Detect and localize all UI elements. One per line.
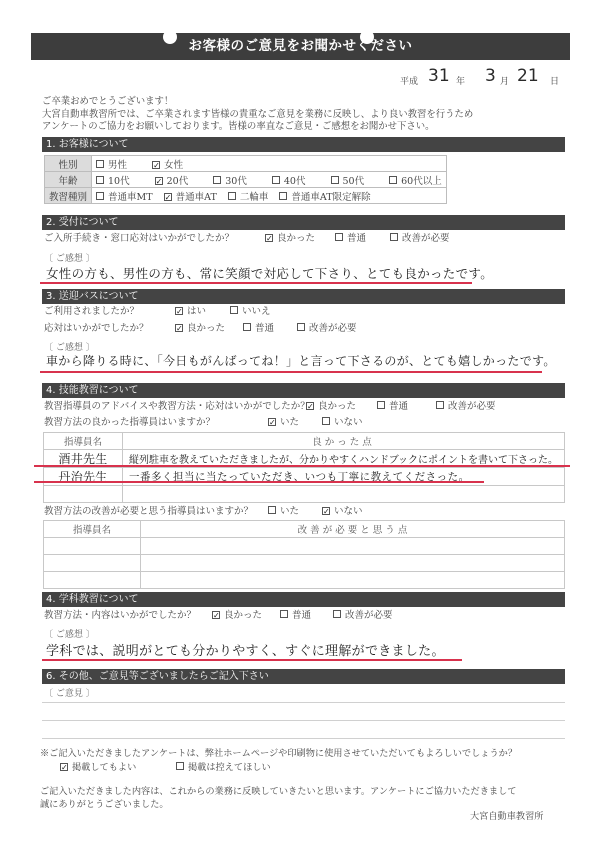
checkbox-no[interactable]: ✓いない (322, 505, 363, 519)
table-row-gender: 性別 男性 ✓女性 (45, 156, 447, 172)
checkbox-icon[interactable] (96, 160, 104, 168)
gender-options: 男性 ✓女性 (92, 156, 447, 172)
checkbox-50s[interactable]: 50代 (331, 173, 365, 187)
month-label: 月 (500, 74, 509, 87)
checkbox-mt[interactable]: 普通車MT (96, 189, 153, 203)
day-value[interactable]: 21 (517, 66, 539, 86)
good-instructor-row: 教習方法の良かった指導員はいますか？ ✓いた いない (44, 416, 564, 430)
intro-text: ご卒業おめでとうございます！ 大宮自動車教習所では、ご卒業されます皆様の貴重なご… (42, 96, 562, 134)
checkbox-at-unlock[interactable]: 普通車AT限定解除 (279, 189, 370, 203)
intro-line: 大宮自動車教習所では、ご卒業されます皆様の貴重なご意見を業務に反映し、より良い教… (42, 109, 562, 122)
checkbox-icon (230, 306, 238, 314)
red-underline (42, 659, 462, 661)
good-point[interactable] (123, 486, 565, 503)
improvement-point[interactable] (141, 555, 565, 572)
red-underline (34, 465, 570, 467)
checkbox-checked-icon: ✓ (322, 507, 330, 515)
bus-service-row: 応対はいかがでしたか？ ✓良かった 普通 改善が必要 (44, 322, 564, 336)
checkbox-icon (213, 176, 221, 184)
checkbox-checked-icon: ✓ (268, 418, 276, 426)
consent-options: ✓掲載してもよい 掲載は控えてほしい (60, 762, 360, 775)
question-text: 教習方法の改善が必要と思う指導員はいますか？ (44, 506, 253, 517)
checkbox-female[interactable]: ✓女性 (152, 157, 183, 171)
checkbox-needs-improvement[interactable]: 改善が必要 (297, 322, 357, 336)
year-value[interactable]: 31 (428, 66, 450, 86)
checkbox-icon (389, 176, 397, 184)
instructor-name[interactable] (44, 555, 141, 572)
checkbox-checked-icon: ✓ (265, 234, 273, 242)
checkbox-icon (268, 506, 276, 514)
red-underline (34, 481, 484, 483)
checkbox-good[interactable]: ✓良かった (306, 400, 356, 414)
checkbox-yes[interactable]: いた (268, 505, 299, 519)
column-header: 指導員名 (44, 433, 123, 450)
checkbox-checked-icon: ✓ (175, 307, 183, 315)
page-title: お客様のご意見をお聞かせください (31, 33, 570, 60)
reception-question-row: ご入所手続き・窓口応対はいかがでしたか？ ✓良かった 普通 改善が必要 (44, 232, 564, 246)
checkbox-normal[interactable]: 普通 (280, 609, 311, 623)
improve-instructor-table: 指導員名 改 善 が 必 要 と 思 う 点 (43, 520, 565, 589)
checkbox-checked-icon: ✓ (60, 763, 68, 771)
instructor-name[interactable] (44, 486, 123, 503)
customer-info-table: 性別 男性 ✓女性 年齢 10代 ✓20代 30代 40代 50代 60代以上 … (44, 155, 447, 204)
table-row-age: 年齢 10代 ✓20代 30代 40代 50代 60代以上 (45, 172, 447, 188)
table-row-course: 教習種別 普通車MT ✓普通車AT 二輪車 普通車AT限定解除 (45, 188, 447, 204)
checkbox-allow-publish[interactable]: ✓掲載してもよい (60, 762, 136, 773)
instructor-name[interactable] (44, 572, 141, 589)
table-row (44, 538, 565, 555)
column-header: 指導員名 (44, 521, 141, 538)
section-header-driving-lessons: 4. 技能教習について (42, 383, 565, 398)
row-label: 教習種別 (45, 188, 92, 204)
checkbox-checked-icon: ✓ (212, 611, 220, 619)
checkbox-needs-improvement[interactable]: 改善が必要 (436, 400, 496, 414)
checkbox-good[interactable]: ✓良かった (212, 609, 262, 623)
checkbox-icon (96, 192, 104, 200)
writing-line[interactable] (42, 702, 565, 703)
instructor-rating-row: 教習指導員のアドバイスや教習方法・応対はいかがでしたか？ ✓良かった 普通 改善… (44, 400, 574, 414)
checkbox-icon (243, 323, 251, 331)
red-underline (40, 282, 472, 284)
comment-label: 〔 ご感想 〕 (44, 627, 95, 640)
age-options: 10代 ✓20代 30代 40代 50代 60代以上 (92, 172, 447, 188)
checkbox-normal[interactable]: 普通 (335, 232, 366, 246)
checkbox-icon (322, 417, 330, 425)
column-header: 改 善 が 必 要 と 思 う 点 (141, 521, 565, 538)
writing-line[interactable] (42, 738, 565, 739)
classroom-question-row: 教習方法・内容はいかがでしたか？ ✓良かった 普通 改善が必要 (44, 609, 564, 623)
improvement-point[interactable] (141, 572, 565, 589)
month-value[interactable]: 3 (485, 66, 496, 86)
checkbox-checked-icon[interactable]: ✓ (152, 161, 160, 169)
punch-hole (360, 30, 374, 44)
question-text: 応対はいかがでしたか？ (44, 323, 149, 334)
checkbox-yes[interactable]: ✓はい (175, 305, 206, 319)
question-text: 教習方法・内容はいかがでしたか？ (44, 610, 196, 621)
intro-line: アンケートのご協力をお願いしております。皆様の率直なご意見・ご感想をお聞かせ下さ… (42, 121, 562, 134)
punch-hole (163, 30, 177, 44)
checkbox-60s-plus[interactable]: 60代以上 (389, 173, 442, 187)
era-label: 平成 (400, 74, 418, 87)
course-options: 普通車MT ✓普通車AT 二輪車 普通車AT限定解除 (92, 188, 447, 204)
thanks-line: ご記入いただきました内容は、これからの業務に反映していきたいと思います。アンケー… (40, 786, 580, 799)
checkbox-motorcycle[interactable]: 二輪車 (228, 189, 269, 203)
question-text: ご入所手続き・窓口応対はいかがでしたか？ (44, 233, 234, 244)
checkbox-icon (96, 176, 104, 184)
section-header-shuttle-bus: 3. 送迎バスについて (42, 289, 565, 304)
table-row (44, 486, 565, 503)
checkbox-good[interactable]: ✓良かった (175, 322, 225, 336)
year-label: 年 (456, 74, 465, 87)
section-header-reception: 2. 受付について (42, 215, 565, 230)
checkbox-yes[interactable]: ✓いた (268, 416, 299, 430)
question-text: 教習指導員のアドバイスや教習方法・応対はいかがでしたか？ (44, 401, 310, 412)
consent-question: ※ご記入いただきましたアンケートは、弊社ホームページや印刷物に使用させていただい… (40, 748, 580, 761)
checkbox-icon (331, 176, 339, 184)
checkbox-checked-icon: ✓ (155, 177, 163, 185)
writing-line[interactable] (42, 720, 565, 721)
checkbox-icon (297, 323, 305, 331)
checkbox-decline-publish[interactable]: 掲載は控えてほしい (176, 762, 271, 775)
table-row (44, 572, 565, 589)
section-header-other-feedback: 6. その他、ご意見等ございましたらご記入下さい (42, 669, 565, 684)
table-row (44, 555, 565, 572)
thanks-line: 誠にありがとうございました。 (40, 799, 580, 812)
checkbox-at[interactable]: ✓普通車AT (164, 189, 217, 203)
checkbox-normal[interactable]: 普通 (377, 400, 408, 414)
checkbox-icon (176, 762, 184, 770)
red-underline (40, 371, 542, 373)
checkbox-icon (280, 610, 288, 618)
comment-label: 〔 ご意見 〕 (44, 686, 95, 699)
checkbox-checked-icon: ✓ (164, 193, 172, 201)
day-label: 日 (550, 74, 559, 87)
checkbox-checked-icon: ✓ (306, 402, 314, 410)
checkbox-icon (335, 233, 343, 241)
checkbox-needs-improvement[interactable]: 改善が必要 (390, 232, 450, 246)
checkbox-good[interactable]: ✓良かった (265, 232, 315, 246)
checkbox-10s[interactable]: 10代 (96, 173, 130, 187)
checkbox-icon (333, 610, 341, 618)
signature: 大宮自動車教習所 (470, 811, 544, 824)
bus-usage-row: ご利用されましたか？ ✓はい いいえ (44, 305, 564, 319)
classroom-comment[interactable]: 学科では、説明がとても分かりやすく、すぐに理解ができました。 (46, 640, 445, 659)
checkbox-needs-improvement[interactable]: 改善が必要 (333, 609, 393, 623)
checkbox-no[interactable]: いない (322, 416, 363, 430)
thanks-text: ご記入いただきました内容は、これからの業務に反映していきたいと思います。アンケー… (40, 786, 580, 811)
checkbox-normal[interactable]: 普通 (243, 322, 274, 336)
checkbox-male[interactable]: 男性 (96, 157, 127, 171)
checkbox-icon (390, 233, 398, 241)
question-text: 教習方法の良かった指導員はいますか？ (44, 417, 215, 428)
checkbox-icon (279, 192, 287, 200)
row-label: 性別 (45, 156, 92, 172)
question-text: ご利用されましたか？ (44, 306, 139, 317)
section-header-customer: 1. お客様について (42, 137, 565, 152)
checkbox-checked-icon: ✓ (175, 324, 183, 332)
instructor-name[interactable] (44, 538, 141, 555)
section-header-classroom-lessons: 4. 学科教習について (42, 592, 565, 607)
checkbox-no[interactable]: いいえ (230, 305, 271, 319)
bus-comment[interactable]: 車から降りる時に、「今日もがんばってね！」と言って下さるのが、とても嬉しかったで… (46, 352, 556, 369)
checkbox-icon (228, 192, 236, 200)
checkbox-icon (436, 401, 444, 409)
comment-label: 〔 ご感想 〕 (44, 251, 95, 264)
checkbox-icon (377, 401, 385, 409)
improvement-point[interactable] (141, 538, 565, 555)
intro-line: ご卒業おめでとうございます！ (42, 96, 562, 109)
reception-comment[interactable]: 女性の方も、男性の方も、常に笑顔で対応して下さり、とても良かったです。 (46, 264, 493, 282)
checkbox-icon (272, 176, 280, 184)
column-header: 良かった点 (123, 433, 565, 450)
date-field: 平成 31 年 3 月 21 日 (400, 68, 570, 92)
table-header-row: 指導員名 改 善 が 必 要 と 思 う 点 (44, 521, 565, 538)
row-label: 年齢 (45, 172, 92, 188)
checkbox-30s[interactable]: 30代 (213, 173, 247, 187)
table-header-row: 指導員名 良かった点 (44, 433, 565, 450)
good-instructor-table: 指導員名 良かった点 酒井先生 縦列駐車を教えていただきましたが、分かりやすくハ… (43, 432, 565, 503)
checkbox-40s[interactable]: 40代 (272, 173, 306, 187)
checkbox-20s[interactable]: ✓20代 (155, 173, 189, 187)
improve-instructor-row: 教習方法の改善が必要と思う指導員はいますか？ いた ✓いない (44, 505, 564, 519)
